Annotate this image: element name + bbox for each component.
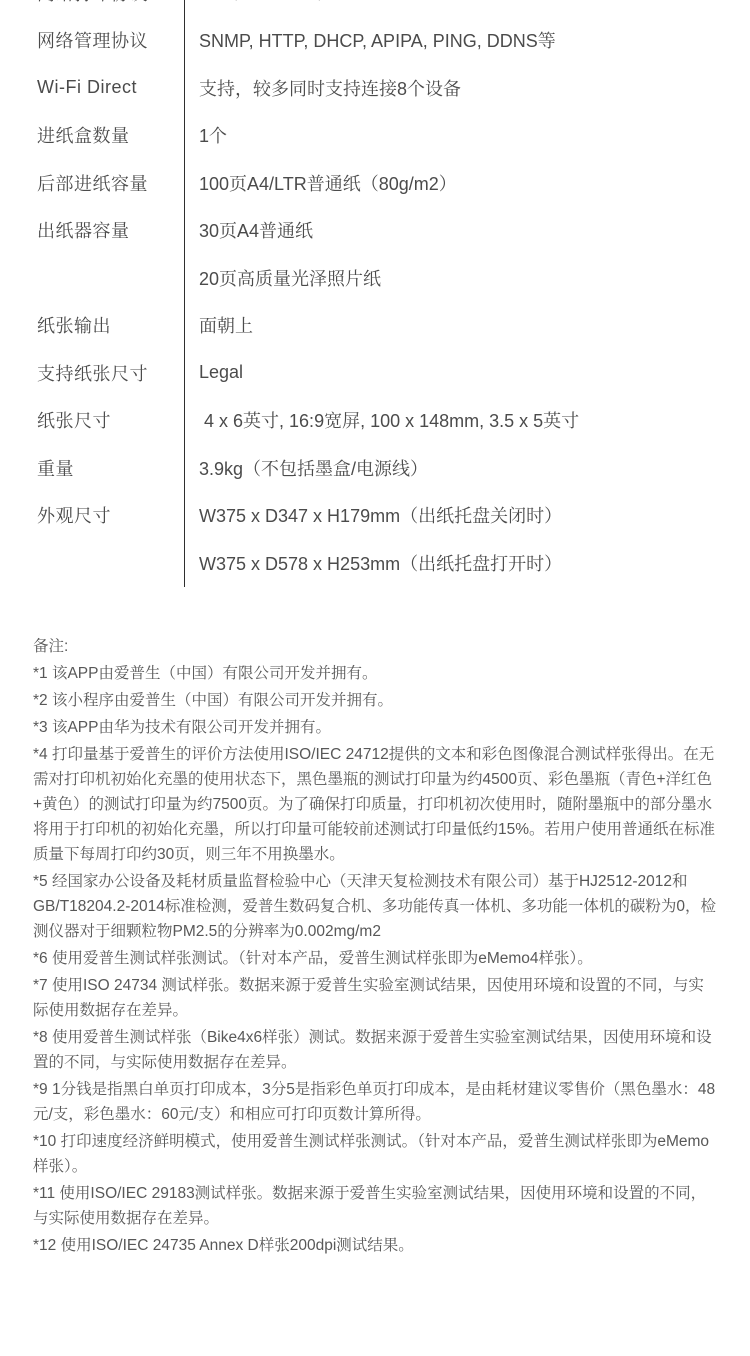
spec-label: 网络打印协议 bbox=[0, 0, 184, 6]
note-item: *4 打印量基于爱普生的评价方法使用ISO/IEC 24712提供的文本和彩色图… bbox=[33, 742, 717, 867]
notes-section: 备注: *1 该APP由爱普生（中国）有限公司开发并拥有。 *2 该小程序由爱普… bbox=[33, 634, 717, 1260]
note-item: *6 使用爱普生测试样张测试。（针对本产品，爱普生测试样张即为eMemo4样张）… bbox=[33, 946, 717, 971]
note-item: *11 使用ISO/IEC 29183测试样张。数据来源于爱普生实验室测试结果，… bbox=[33, 1181, 717, 1231]
spec-value: W375 x D347 x H179mm（出纸托盘关闭时） bbox=[184, 502, 750, 528]
spec-value: LPD, Port9100, WSD bbox=[184, 0, 750, 3]
note-item: *12 使用ISO/IEC 24735 Annex D样张200dpi测试结果。 bbox=[33, 1233, 717, 1258]
spec-value: SNMP, HTTP, DHCP, APIPA, PING, DDNS等 bbox=[184, 27, 750, 53]
spec-value: 支持，较多同时支持连接8个设备 bbox=[184, 75, 750, 101]
spec-row: 支持纸张尺寸 Legal bbox=[0, 349, 750, 397]
spec-row: 20页高质量光泽照片纸 bbox=[0, 254, 750, 302]
spec-value: W375 x D578 x H253mm（出纸托盘打开时） bbox=[184, 550, 750, 576]
spec-row: 进纸盒数量 1个 bbox=[0, 112, 750, 160]
spec-value: 1个 bbox=[184, 122, 750, 148]
spec-row: 后部进纸容量 100页A4/LTR普通纸（80g/m2） bbox=[0, 159, 750, 207]
spec-value: 100页A4/LTR普通纸（80g/m2） bbox=[184, 170, 750, 196]
spec-value: 3.9kg（不包括墨盒/电源线） bbox=[184, 455, 750, 481]
note-item: *5 经国家办公设备及耗材质量监督检验中心（天津天复检测技术有限公司）基于HJ2… bbox=[33, 869, 717, 944]
spec-row: W375 x D578 x H253mm（出纸托盘打开时） bbox=[0, 539, 750, 587]
note-item: *1 该APP由爱普生（中国）有限公司开发并拥有。 bbox=[33, 661, 717, 686]
spec-row: Wi-Fi Direct 支持，较多同时支持连接8个设备 bbox=[0, 64, 750, 112]
table-divider bbox=[184, 0, 185, 587]
spec-label: Wi-Fi Direct bbox=[0, 77, 184, 98]
product-spec-page: 网络打印协议 LPD, Port9100, WSD 网络管理协议 SNMP, H… bbox=[0, 0, 750, 1356]
spec-value: 30页A4普通纸 bbox=[184, 217, 750, 243]
note-item: *7 使用ISO 24734 测试样张。数据来源于爱普生实验室测试结果，因使用环… bbox=[33, 973, 717, 1023]
note-item: *8 使用爱普生测试样张（Bike4x6样张）测试。数据来源于爱普生实验室测试结… bbox=[33, 1025, 717, 1075]
spec-row: 出纸器容量 30页A4普通纸 bbox=[0, 207, 750, 255]
spec-row: 纸张尺寸 4 x 6英寸, 16:9宽屏, 100 x 148mm, 3.5 x… bbox=[0, 397, 750, 445]
spec-label: 纸张输出 bbox=[0, 312, 184, 338]
spec-label: 后部进纸容量 bbox=[0, 170, 184, 196]
spec-row: 纸张输出 面朝上 bbox=[0, 302, 750, 350]
spec-table: 网络打印协议 LPD, Port9100, WSD 网络管理协议 SNMP, H… bbox=[0, 0, 750, 587]
spec-label: 重量 bbox=[0, 455, 184, 481]
spec-value: 20页高质量光泽照片纸 bbox=[184, 265, 750, 291]
spec-label: 进纸盒数量 bbox=[0, 122, 184, 148]
spec-label: 外观尺寸 bbox=[0, 502, 184, 528]
note-item: *3 该APP由华为技术有限公司开发并拥有。 bbox=[33, 715, 717, 740]
spec-row: 重量 3.9kg（不包括墨盒/电源线） bbox=[0, 444, 750, 492]
spec-value: 4 x 6英寸, 16:9宽屏, 100 x 148mm, 3.5 x 5英寸 bbox=[184, 407, 750, 433]
spec-label: 网络管理协议 bbox=[0, 27, 184, 53]
spec-label: 出纸器容量 bbox=[0, 217, 184, 243]
spec-row: 网络管理协议 SNMP, HTTP, DHCP, APIPA, PING, DD… bbox=[0, 17, 750, 65]
spec-row: 网络打印协议 LPD, Port9100, WSD bbox=[0, 0, 750, 17]
notes-title: 备注: bbox=[33, 634, 717, 659]
spec-row: 外观尺寸 W375 x D347 x H179mm（出纸托盘关闭时） bbox=[0, 492, 750, 540]
spec-value: 面朝上 bbox=[184, 312, 750, 338]
spec-label: 纸张尺寸 bbox=[0, 407, 184, 433]
spec-label: 支持纸张尺寸 bbox=[0, 360, 184, 386]
note-item: *9 1分钱是指黑白单页打印成本，3分5是指彩色单页打印成本，是由耗材建议零售价… bbox=[33, 1077, 717, 1127]
note-item: *10 打印速度经济鲜明模式，使用爱普生测试样张测试。（针对本产品，爱普生测试样… bbox=[33, 1129, 717, 1179]
note-item: *2 该小程序由爱普生（中国）有限公司开发并拥有。 bbox=[33, 688, 717, 713]
spec-value: Legal bbox=[184, 362, 750, 383]
